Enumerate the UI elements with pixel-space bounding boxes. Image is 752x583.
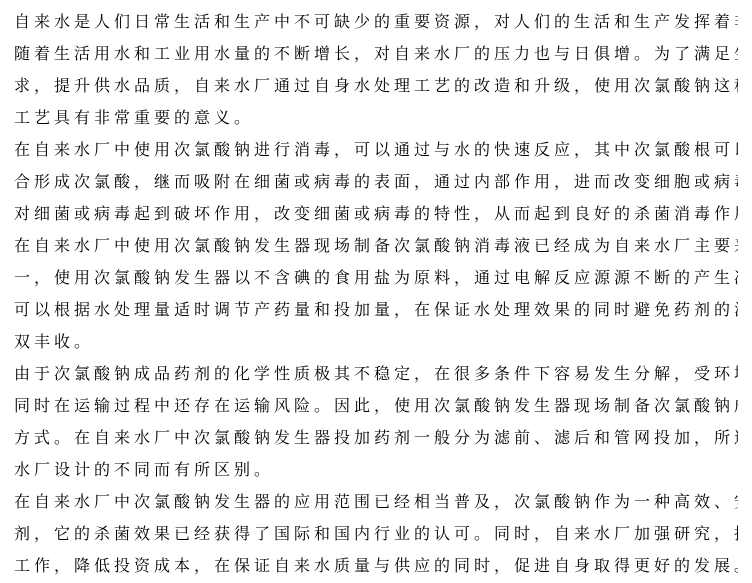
- text-line: 合形成次氯酸，继而吸附在细菌或病毒的表面，通过内部作用，进而改变细胞或病毒的内部…: [14, 166, 738, 198]
- paragraph-application-outlook: 在自来水厂中次氯酸钠发生器的应用范围已经相当普及，次氯酸钠作为一种高效、安全的饮…: [14, 486, 738, 582]
- text-line: 在自来水厂中使用次氯酸钠发生器现场制备次氯酸钠消毒液已经成为自来水厂主要采用的消…: [14, 230, 738, 262]
- text-line: 工作，降低投资成本，在保证自来水质量与供应的同时，促进自身取得更好的发展。: [14, 550, 738, 582]
- text-line: 工艺具有非常重要的意义。: [14, 102, 738, 134]
- text-line: 双丰收。: [14, 326, 738, 358]
- paragraph-water-importance: 自来水是人们日常生活和生产中不可缺少的重要资源，对人们的生活和生产发挥着非常重要…: [14, 6, 738, 134]
- paragraph-disinfection-mechanism: 在自来水厂中使用次氯酸钠进行消毒，可以通过与水的快速反应，其中次氯酸根可以与水中…: [14, 134, 738, 230]
- text-line: 在自来水厂中次氯酸钠发生器的应用范围已经相当普及，次氯酸钠作为一种高效、安全的饮…: [14, 486, 738, 518]
- article-body: 自来水是人们日常生活和生产中不可缺少的重要资源，对人们的生活和生产发挥着非常重要…: [14, 6, 738, 582]
- text-line: 同时在运输过程中还存在运输风险。因此，使用次氯酸钠发生器现场制备次氯酸钠成为自来…: [14, 390, 738, 422]
- text-line: 对细菌或病毒起到破坏作用，改变细菌或病毒的特性，从而起到良好的杀菌消毒作用。: [14, 198, 738, 230]
- text-line: 剂，它的杀菌效果已经获得了国际和国内行业的认可。同时，自来水厂加强研究，提高自身…: [14, 518, 738, 550]
- text-line: 自来水是人们日常生活和生产中不可缺少的重要资源，对人们的生活和生产发挥着非常重要…: [14, 6, 738, 38]
- text-line: 随着生活用水和工业用水量的不断增长，对自来水厂的压力也与日俱增。为了满足生活和生…: [14, 38, 738, 70]
- text-line: 一，使用次氯酸钠发生器以不含碘的食用盐为原料，通过电解反应源源不断的产生次氯酸钠…: [14, 262, 738, 294]
- text-line: 可以根据水处理量适时调节产药量和投加量，在保证水处理效果的同时避免药剂的浪费，实…: [14, 294, 738, 326]
- paragraph-onsite-generator: 在自来水厂中使用次氯酸钠发生器现场制备次氯酸钠消毒液已经成为自来水厂主要采用的消…: [14, 230, 738, 358]
- text-line: 由于次氯酸钠成品药剂的化学性质极其不稳定，在很多条件下容易发生分解，受环境的影响…: [14, 358, 738, 390]
- text-line: 在自来水厂中使用次氯酸钠进行消毒，可以通过与水的快速反应，其中次氯酸根可以与水中…: [14, 134, 738, 166]
- text-line: 方式。在自来水厂中次氯酸钠发生器投加药剂一般分为滤前、滤后和管网投加，所选用的投…: [14, 422, 738, 454]
- paragraph-stability-and-dosing: 由于次氯酸钠成品药剂的化学性质极其不稳定，在很多条件下容易发生分解，受环境的影响…: [14, 358, 738, 486]
- text-line: 求，提升供水品质，自来水厂通过自身水处理工艺的改造和升级，使用次氯酸钠这种新兴的…: [14, 70, 738, 102]
- text-line: 水厂设计的不同而有所区别。: [14, 454, 738, 486]
